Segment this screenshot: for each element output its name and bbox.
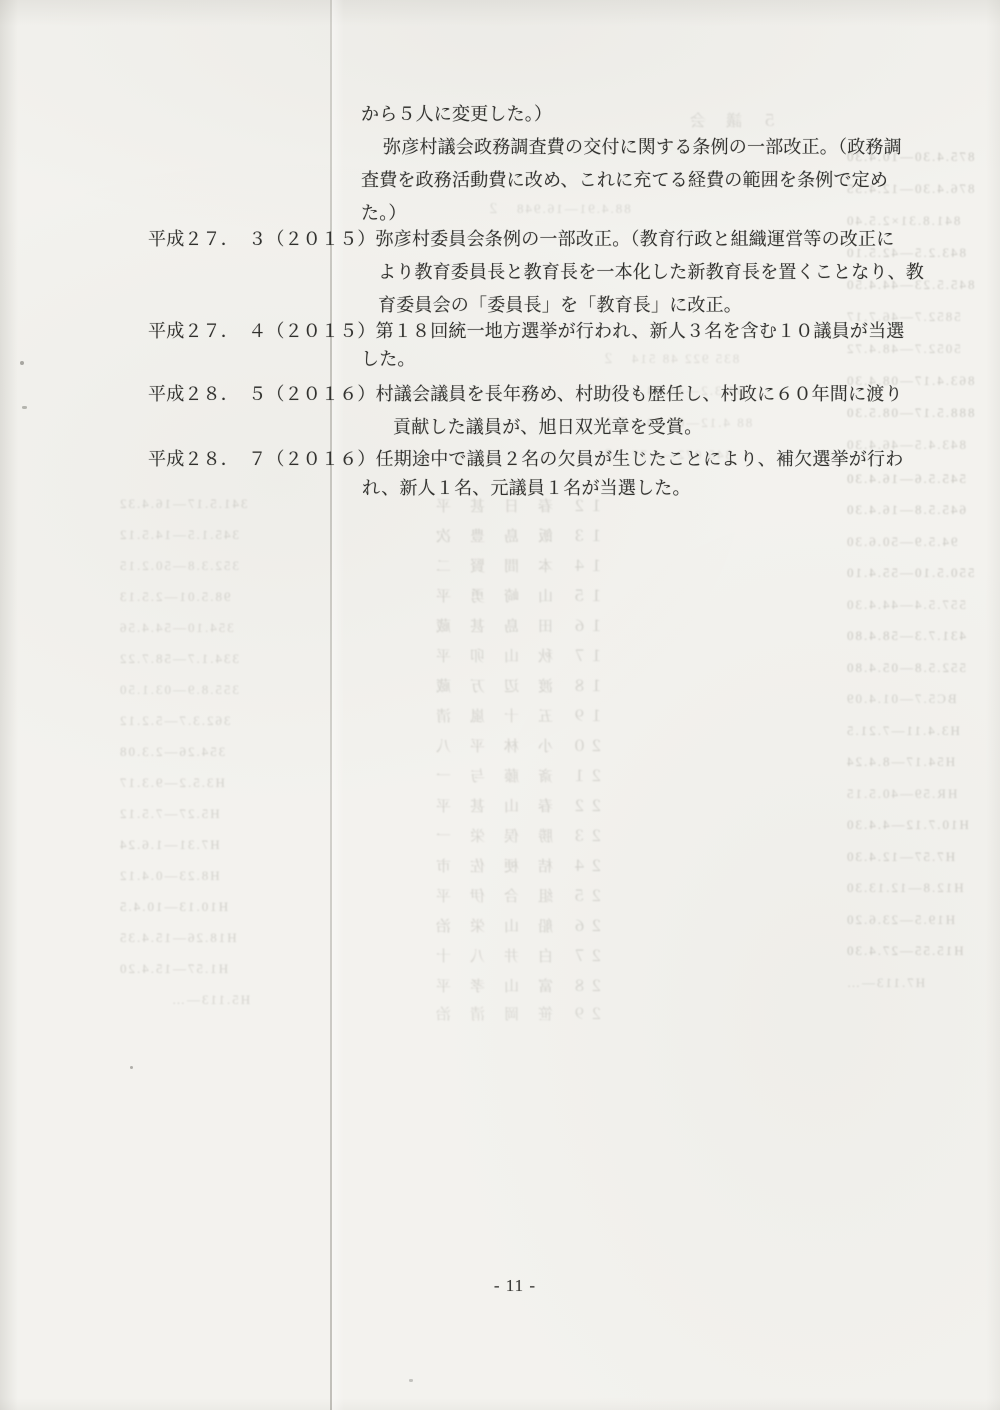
bleedthrough-row: H7.31—1.6.24 (118, 838, 220, 851)
paper-speck (20, 361, 24, 365)
bleedthrough-row: H7.113—… (845, 976, 925, 989)
bleedthrough-row: 557.5.4—44.4.30 (845, 598, 966, 611)
bleedthrough-row: 352.3.8—50.2.15 (118, 559, 239, 572)
bleedthrough-row: １８ 渡 辺 万 蔵 (434, 680, 604, 695)
bleedthrough-row: H5.113—… (170, 993, 250, 1006)
bleedthrough-row: 550.5.10—55.4.10 (845, 566, 975, 579)
bleedthrough-row: １９ 五 十 嵐 清 (434, 710, 604, 725)
bleedthrough-row: ２７ 白 井 八 十 (434, 950, 604, 965)
bleedthrough-row: １７ 秋 山 卯 平 (434, 650, 604, 665)
bleedthrough-row: １２ 春 日 甚 平 (434, 500, 604, 515)
document-text-line: 平成２８． ５（２０１６）村議会議員を長年務め、村助役も歴任し、村政に６０年間に… (148, 384, 903, 405)
bleedthrough-row: H8.23—0.4.12 (118, 869, 220, 882)
bleedthrough-row: H15.55—27.4.30 (845, 944, 964, 957)
bleedthrough-row: ２６ 船 山 栄 治 (434, 920, 604, 935)
bleedthrough-row: ２３ 勝 俣 栄 一 (434, 830, 604, 845)
bleedthrough-row: 835 922 48 514 ２ (600, 352, 739, 365)
bleedthrough-row: H1.57—15.4.20 (118, 962, 228, 975)
bleedthrough-row: 354.26—2.3.08 (118, 745, 225, 758)
bleedthrough-row: 888.5.17—08.5.30 (845, 406, 975, 419)
bleedthrough-row: ２９ 笹 岡 清 治 (434, 1008, 604, 1023)
document-text-line: より教育委員長と教育長を一本化した新教育長を置くことなり、教 (378, 262, 924, 283)
bleedthrough-row: 431.7.3—58.4.80 (845, 629, 966, 642)
bleedthrough-row: 341.5.17—16.4.32 (118, 497, 248, 510)
bleedthrough-row: 94.5.9—50.6.30 (845, 535, 958, 548)
bleedthrough-row: 841.8.31×2.5.40 (845, 214, 960, 227)
document-text-line: 育委員会の「委員長」を「教育長」に改正。 (378, 295, 742, 316)
document-text-line: から５人に変更した。） (361, 104, 552, 125)
bleedthrough-row: 355.8.9—03.1.50 (118, 683, 239, 696)
bleedthrough-row: BC5.7—01.4.09 (845, 692, 957, 705)
paper-speck (22, 406, 27, 409)
bleedthrough-row: １５ 山 崎 勇 平 (434, 590, 604, 605)
bleedthrough-row: １３ 飯 島 豊 次 (434, 530, 604, 545)
bleedthrough-row: 645.5.8—16.4.30 (845, 503, 966, 516)
bleedthrough-row: 362.3.7—5.2.12 (118, 714, 231, 727)
bleedthrough-row: H3.5.2—9.3.17 (118, 776, 225, 789)
bleedthrough-row: 552.5.8—05.4.80 (845, 661, 966, 674)
document-text-line: れ、新人１名、元議員１名が当選した。 (362, 478, 691, 499)
paper-speck (130, 1066, 133, 1069)
bleedthrough-row: H3.4.11—7.21.5 (845, 724, 960, 737)
bleedthrough-row: HR.59—40.5.15 (845, 787, 957, 800)
bleedthrough-row: 334.1.7—58.7.22 (118, 652, 239, 665)
bleedthrough-row: H54.17—8.4.24 (845, 755, 955, 768)
document-text-line: した。 (361, 349, 416, 370)
bleedthrough-row: H5.27—7.5.12 (118, 807, 220, 820)
document-text-line: 弥彦村議会政務調査費の交付に関する条例の一部改正。（政務調 (383, 137, 902, 158)
paper-fold-highlight (332, 0, 344, 1410)
bleedthrough-row: H18.26—15.4.35 (118, 931, 237, 944)
bleedthrough-row: 354.10—54.4.56 (118, 621, 234, 634)
bleedthrough-row: ２８ 富 山 孝 平 (434, 980, 604, 995)
bleedthrough-row: 345.1.5—14.5.12 (118, 528, 239, 541)
document-text-line: 平成２７． ３（２０１５）弥彦村委員会条例の一部改正。（教育行政と組織運営等の改… (148, 229, 894, 250)
bleedthrough-row: H12.8—12.13.30 (845, 881, 964, 894)
bleedthrough-row: ２１ 斎 藤 与 一 (434, 770, 604, 785)
bleedthrough-row: 5052.7—48.4.72 (845, 342, 961, 355)
bleedthrough-row: 545.5.6—16.4.30 (845, 472, 966, 485)
bleedthrough-row: ２０ 小 林 平 八 (434, 740, 604, 755)
bleedthrough-row: １６ 田 島 甚 蔵 (434, 620, 604, 635)
scanned-page: ５ 議 会88.4.91—16.948 ２835 922 48 514 ２54 … (0, 0, 1000, 1410)
bleedthrough-row: １４ 本 間 賢 二 (434, 560, 604, 575)
paper-speck (409, 1379, 413, 1382)
page-number: - 11 - (455, 1276, 575, 1296)
document-text-line: 査費を政務活動費に改め、これに充てる経費の範囲を条例で定め (361, 170, 888, 191)
bleedthrough-row: 98.5.01—2.5.13 (118, 590, 231, 603)
bleedthrough-row: ２４ 桔 梗 佐 市 (434, 860, 604, 875)
document-text-line: 貢献した議員が、旭日双光章を受賞。 (393, 417, 702, 438)
bleedthrough-row: H10.13—10.4.5 (118, 900, 228, 913)
document-text-line: 平成２８． ７（２０１６）任期途中で議員２名の欠員が生じたことにより、補欠選挙が… (148, 449, 903, 470)
document-text-line: た。） (361, 203, 407, 224)
bleedthrough-row: ２２ 春 山 甚 平 (434, 800, 604, 815)
bleedthrough-row: 88.4.91—16.948 ２ (485, 202, 631, 215)
bleedthrough-row: H10.7.12—4.4.30 (845, 818, 969, 831)
bleedthrough-row: H7.57—12.4.30 (845, 850, 955, 863)
bleedthrough-row: ５ 議 会 (688, 114, 778, 130)
bleedthrough-row: H19.5—23.6.20 (845, 913, 955, 926)
document-text-line: 平成２７． ４（２０１５）第１８回統一地方選挙が行われ、新人３名を含む１０議員が… (148, 321, 904, 342)
bleedthrough-row: ２５ 組 合 伊 平 (434, 890, 604, 905)
